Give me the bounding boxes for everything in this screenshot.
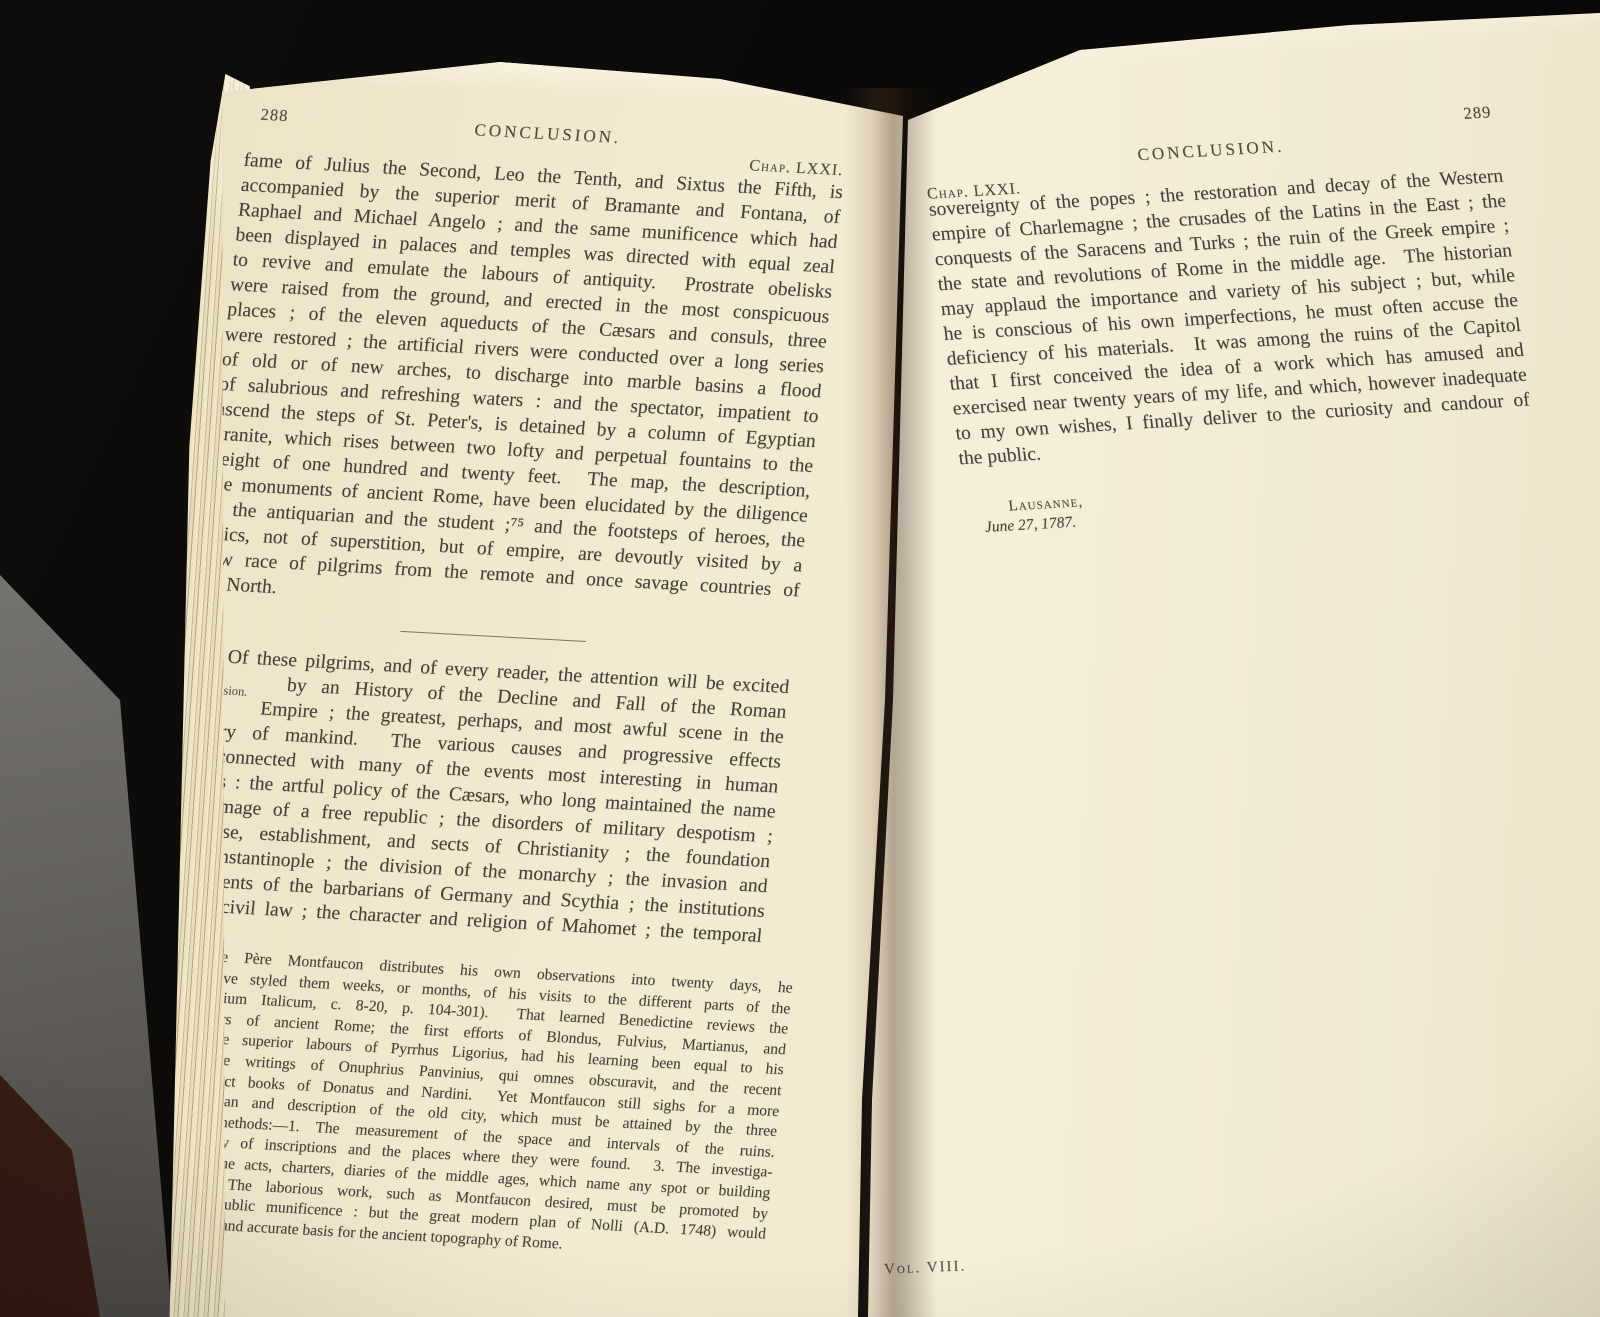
gutter-shadow (845, 88, 937, 1317)
book-photo: 288 CONCLUSION. Chap. LXXI. fame of Juli… (0, 0, 1600, 1317)
left-page-top-highlight (215, 45, 916, 108)
page-number: 289 (1462, 102, 1492, 124)
left-page-text: 288 CONCLUSION. Chap. LXXI. fame of Juli… (127, 102, 849, 1264)
final-conclusion-section: Final conclusion. Of these pilgrims, and… (162, 643, 791, 949)
footnote: ⁷⁵ The Père Montfaucon distributes his o… (127, 944, 793, 1265)
body-paragraph: fame of Julius the Second, Leo the Tenth… (196, 148, 844, 628)
divider-rule (400, 631, 586, 642)
page-number: 288 (260, 105, 290, 126)
body-paragraph: sovereignty of the popes ; the restorati… (927, 164, 1534, 472)
right-page-text: 289 CONCLUSION. Chap. LXXI. sovereignty … (922, 118, 1542, 538)
right-page-top-highlight (905, 0, 1600, 81)
